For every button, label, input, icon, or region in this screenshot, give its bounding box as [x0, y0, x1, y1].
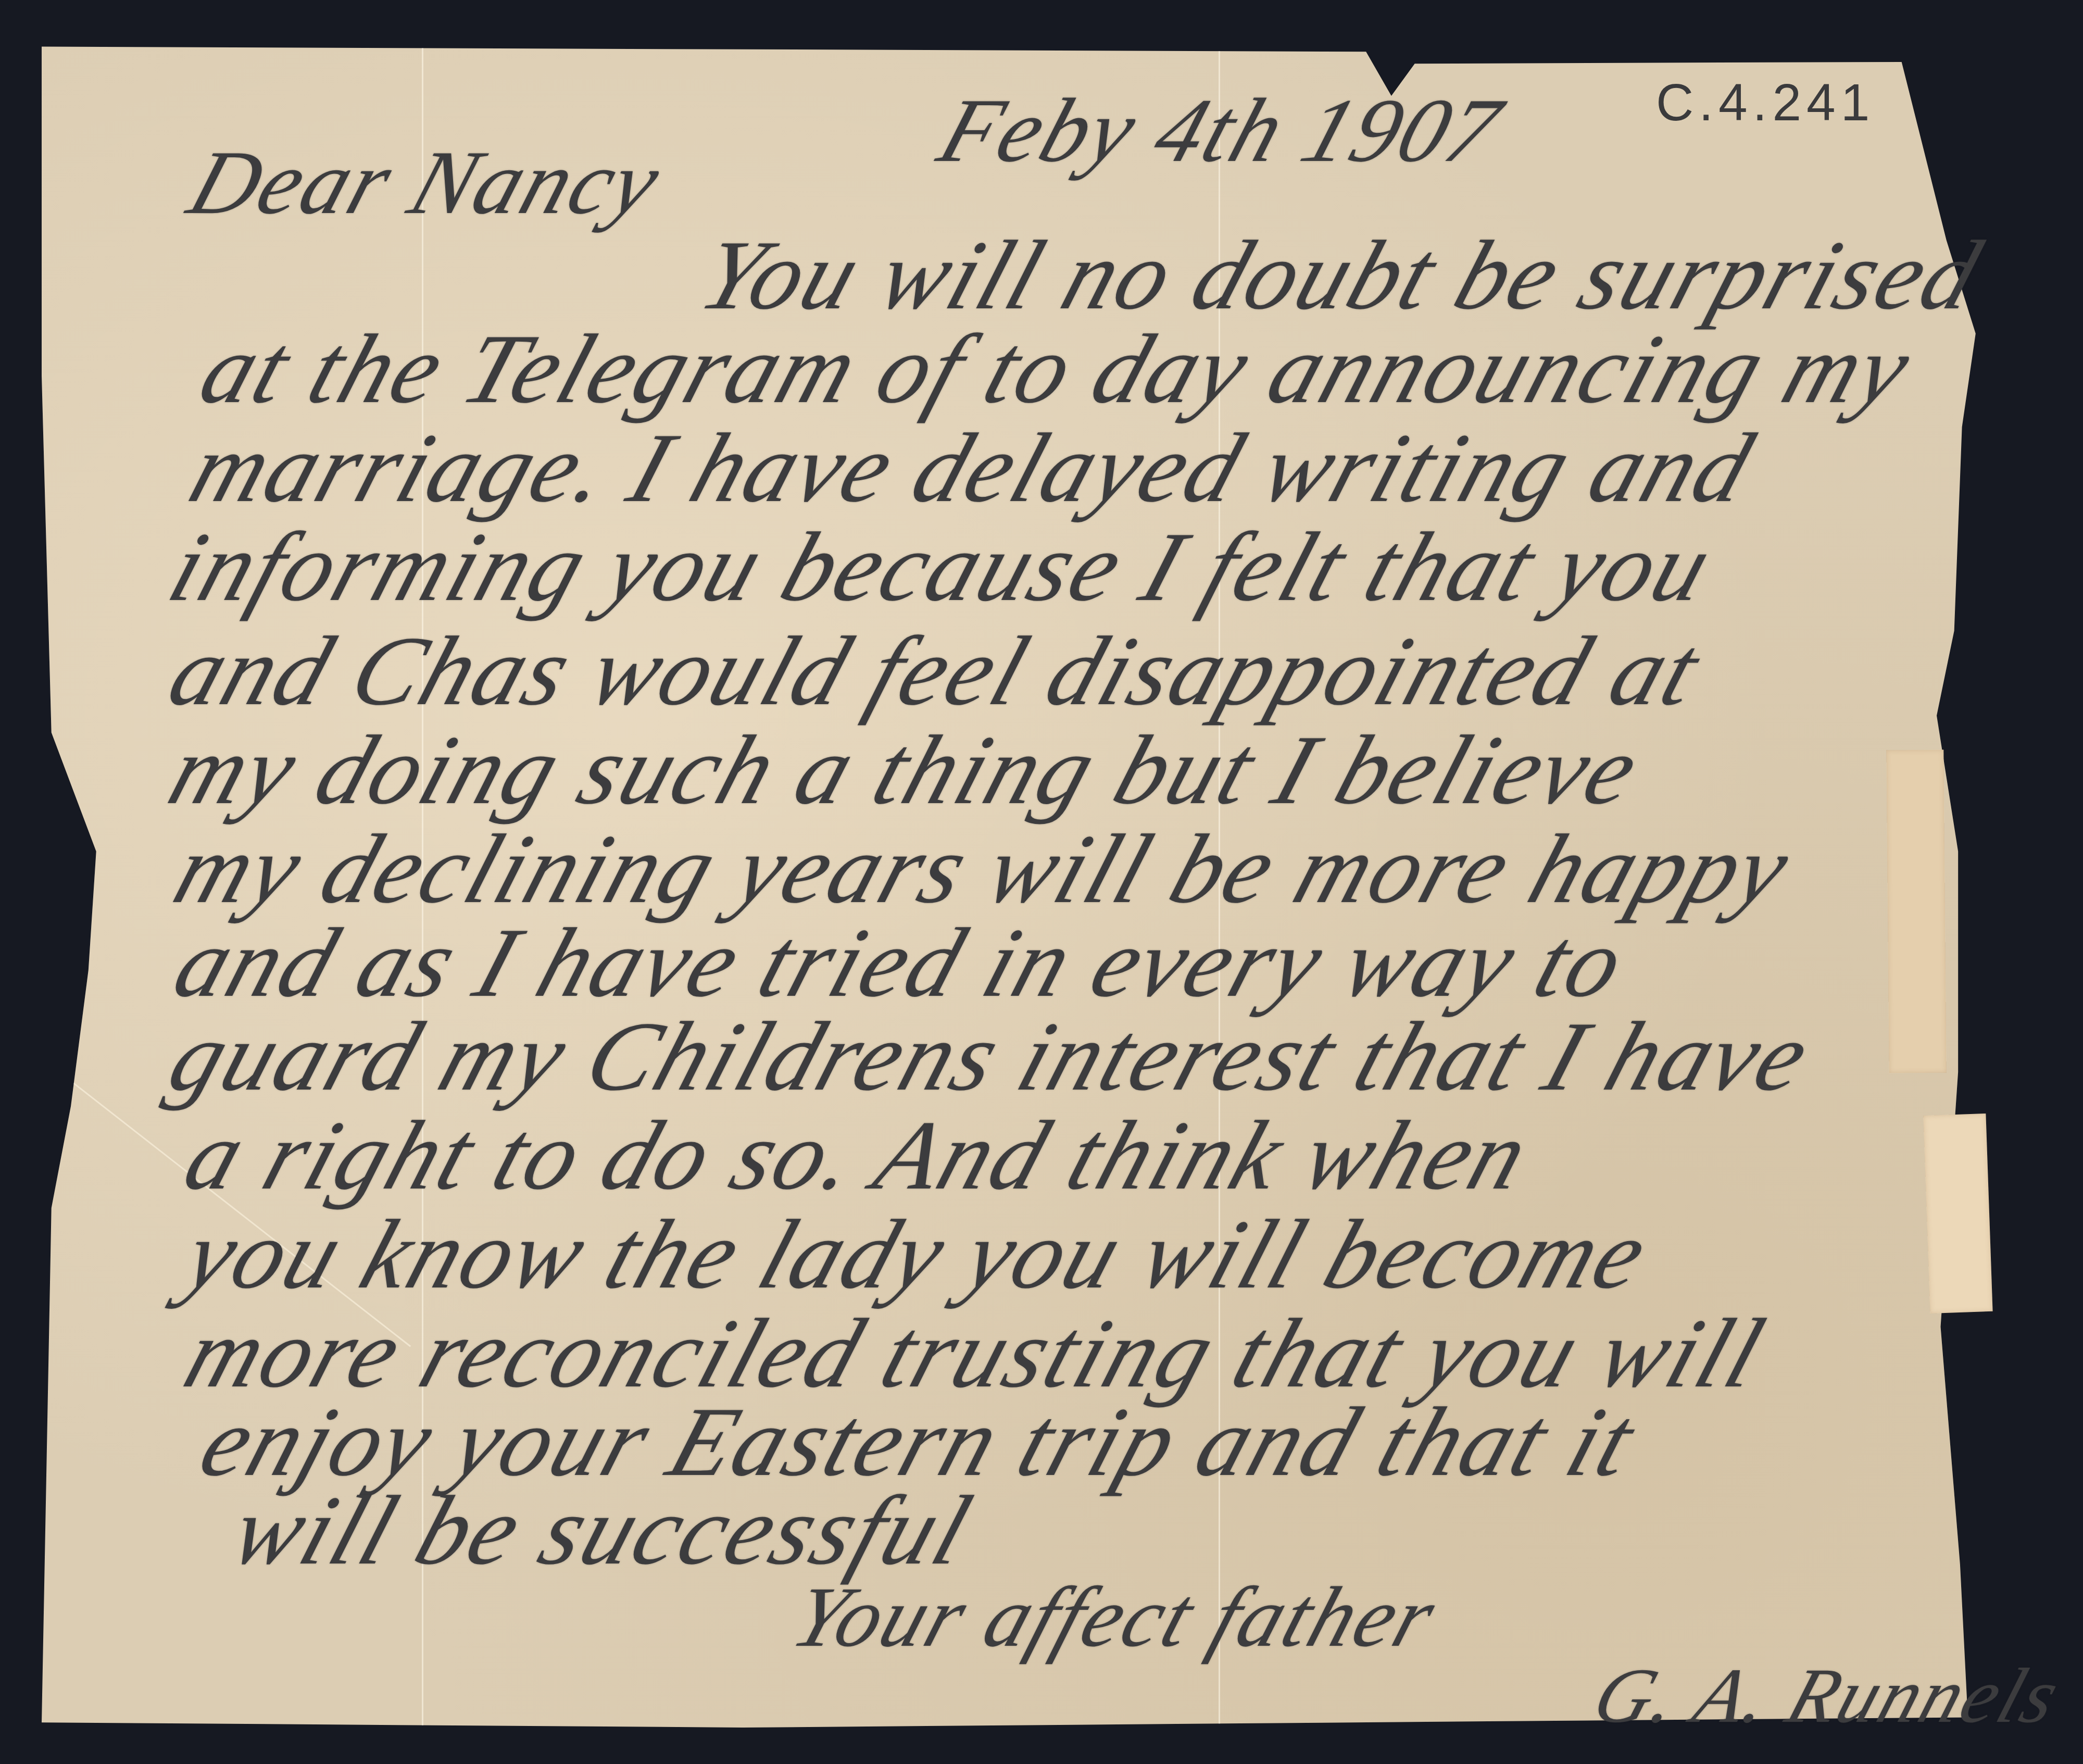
- body-line: guard my Childrens interest that I have: [156, 1000, 1824, 1114]
- body-line: and Chas would feel disappointed at: [156, 615, 1714, 728]
- body-line: informing you because I felt that you: [156, 510, 1726, 624]
- tape-repair: [1886, 750, 1946, 1073]
- body-line: my doing such a thing but I believe: [156, 714, 1653, 827]
- letter-closing: Your affect father: [781, 1568, 1449, 1667]
- letter-date: Feby 4th 1907: [927, 78, 1514, 183]
- body-line: at the Telegram of to day announcing my: [187, 312, 1926, 426]
- photo-backdrop: C.4.241 Feby 4th 1907 Dear Nancy You wil…: [0, 0, 2083, 1764]
- tape-repair: [1923, 1114, 1992, 1313]
- letter-salutation: Dear Nancy: [177, 130, 675, 235]
- body-line: you know the lady you will become: [172, 1198, 1662, 1311]
- body-line: marriage. I have delayed writing and: [177, 411, 1767, 525]
- letter-signature: G. A. Runnels: [1583, 1651, 2072, 1741]
- catalog-number: C.4.241: [1656, 73, 1875, 133]
- body-line: a right to do so. And think when: [172, 1099, 1544, 1212]
